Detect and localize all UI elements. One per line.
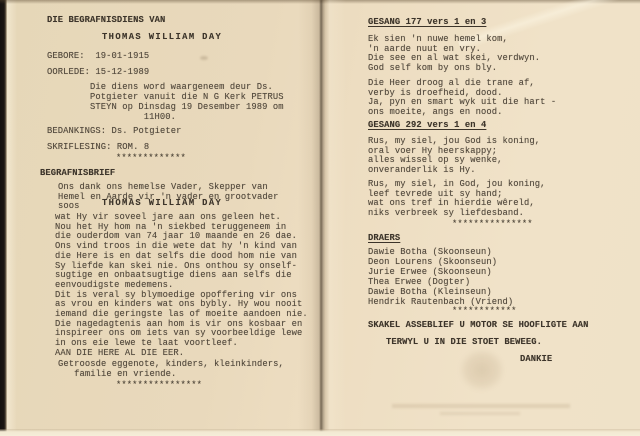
scripture-line: SKRIFLESING: ROM. 8 <box>47 143 149 153</box>
died-line: OORLEDE: 15-12-1989 <box>47 68 149 78</box>
center-fold-line <box>320 0 322 436</box>
thanks-word: DANKIE <box>520 355 552 365</box>
letter-heading: BEGRAFNISBRIEF <box>40 169 115 179</box>
bearers-list: Dawie Botha (Skoonseun) Deon Lourens (Sk… <box>368 247 513 307</box>
scan-left-edge <box>0 0 7 436</box>
headlights-notice-line2: TERWYL U IN DIE STOET BEWEEG. <box>386 338 542 348</box>
separator: ************* <box>116 154 186 164</box>
separator: *************** <box>452 220 533 230</box>
paper-smudge <box>200 56 208 60</box>
letter-deceased-name: THOMAS WILLIAM DAY <box>102 199 222 209</box>
separator: ************ <box>452 307 517 317</box>
headlights-notice-line1: SKAKEL ASSEBLIEF U MOTOR SE HOOFLIGTE AA… <box>368 321 589 331</box>
hymn1-heading: GESANG 177 vers 1 en 3 <box>368 18 486 28</box>
hymn2-stanza1: Rus, my siel, jou God is koning, oral vo… <box>368 137 540 176</box>
separator: **************** <box>116 381 202 391</box>
thanks-line: BEDANKINGS: Ds. Potgieter <box>47 127 181 137</box>
letter-body: wat Hy vir soveel jare aan ons geleen he… <box>55 213 308 359</box>
bearers-heading: DRAERS <box>368 234 400 244</box>
hymn1-stanza1: Ek sien 'n nuwe hemel kom, 'n aarde nuut… <box>368 35 540 74</box>
bleed-through-text <box>440 412 520 415</box>
letter-closing: Getroosde eggenote, kinders, kleinkinder… <box>58 360 284 379</box>
bleed-through-text <box>392 404 570 408</box>
hymn2-stanza2: Rus, my siel, in God, jou koning, leef t… <box>368 180 546 219</box>
born-line: GEBORE: 19-01-1915 <box>47 52 149 62</box>
service-note: Die diens word waargeneem deur Ds. Potgi… <box>90 82 284 122</box>
program-title: DIE BEGRAFNISDIENS VAN <box>47 16 165 26</box>
hymn2-heading: GESANG 292 vers 1 en 4 <box>368 121 486 131</box>
hymn1-stanza2: Die Heer droog al die trane af, verby is… <box>368 79 556 118</box>
bleed-through-flower <box>452 342 512 398</box>
scanned-funeral-program: DIE BEGRAFNISDIENS VAN THOMAS WILLIAM DA… <box>0 0 640 436</box>
scan-bottom-edge <box>0 429 640 436</box>
deceased-name: THOMAS WILLIAM DAY <box>102 33 222 43</box>
scan-left-edge-highlight <box>7 0 17 436</box>
